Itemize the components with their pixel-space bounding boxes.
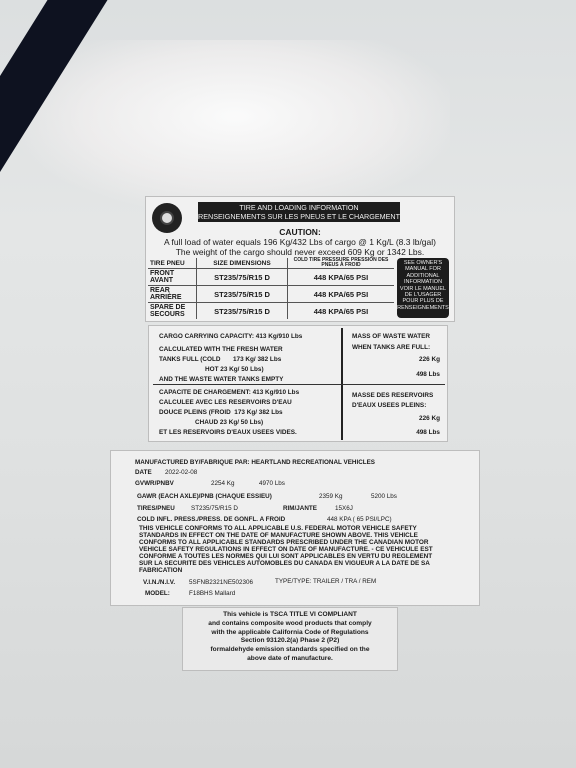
divider xyxy=(153,384,445,385)
rim-label: RIM/JANTE xyxy=(283,505,317,512)
tire-table-header: TIRE PNEU SIZE DIMENSIONS COLD TIRE PRES… xyxy=(148,258,394,269)
gawr-label: GAWR (EACH AXLE)/PNB (CHAQUE ESSIEU) xyxy=(137,493,272,500)
tires-value: ST235/75/R15 D xyxy=(191,505,238,512)
date-label: DATE xyxy=(135,469,152,476)
cargo-line: CHAUD 23 Kg/ 50 Lbs) xyxy=(195,419,263,426)
table-row: REAR ARRIÈRE ST235/75/R15 D 448 KPA/65 P… xyxy=(148,286,394,303)
tsca-line: formaldehyde emission standards specifie… xyxy=(183,646,397,655)
vin-label: V.I.N./N.I.V. xyxy=(143,579,175,586)
cargo-capacity-en: CARGO CARRYING CAPACITY: 413 Kg/910 Lbs xyxy=(159,333,302,340)
waste-kg: 226 Kg xyxy=(352,356,440,363)
col-pressure: COLD TIRE PRESSURE PRESSION DES PNEUS À … xyxy=(288,258,395,269)
label: DOUCE PLEINS (FROID xyxy=(159,409,231,416)
tire-table: TIRE PNEU SIZE DIMENSIONS COLD TIRE PRES… xyxy=(148,258,394,319)
model-value: F18BHS Mallard xyxy=(189,590,235,597)
caution-line-1: A full load of water equals 196 Kg/432 L… xyxy=(146,237,454,247)
tire-pressure: 448 KPA/65 PSI xyxy=(288,303,395,320)
heading-fr: RENSEIGNEMENTS SUR LES PNEUS ET LE CHARG… xyxy=(198,212,400,221)
tire-loading-label: TIRE AND LOADING INFORMATION RENSEIGNEME… xyxy=(145,196,455,322)
cargo-capacity-label: CARGO CARRYING CAPACITY: 413 Kg/910 Lbs … xyxy=(148,325,448,442)
waste-lbs: 498 Lbs xyxy=(352,371,440,378)
waste-title: MASS OF WASTE WATER xyxy=(352,333,440,340)
caution-block: CAUTION: A full load of water equals 196… xyxy=(146,227,454,257)
waste-title: D'EAUX USEES PLEINS: xyxy=(352,402,440,409)
surface-glare xyxy=(20,40,450,210)
tire-position: SPARE DE SECOURS xyxy=(148,303,197,320)
tire-pressure: 448 KPA/65 PSI xyxy=(288,269,395,286)
table-row: SPARE DE SECOURS ST235/75/R15 D 448 KPA/… xyxy=(148,303,394,320)
gawr-kg: 2359 Kg xyxy=(319,493,342,500)
col-tire: TIRE PNEU xyxy=(148,258,197,269)
waste-title: MASSE DES RESERVOIRS xyxy=(352,392,440,399)
gvwr-label: GVWR/PNBV xyxy=(135,480,174,487)
waste-lbs: 498 Lbs xyxy=(352,429,440,436)
caution-title: CAUTION: xyxy=(146,227,454,237)
tsca-line: above date of manufacture. xyxy=(183,655,397,664)
tsca-compliance-label: This vehicle is TSCA TITLE VI COMPLIANT … xyxy=(182,607,398,671)
cargo-line: CALCULATED WITH THE FRESH WATER xyxy=(159,346,283,353)
conformity-statement: THIS VEHICLE CONFORMS TO ALL APPLICABLE … xyxy=(139,525,439,574)
tire-label-heading: TIRE AND LOADING INFORMATION RENSEIGNEME… xyxy=(198,202,400,222)
rim-value: 15X6J xyxy=(335,505,353,512)
table-row: FRONT AVANT ST235/75/R15 D 448 KPA/65 PS… xyxy=(148,269,394,286)
waste-title: WHEN TANKS ARE FULL: xyxy=(352,344,440,351)
gawr-lbs: 5200 Lbs xyxy=(371,493,397,500)
gvwr-lbs: 4970 Lbs xyxy=(259,480,285,487)
tire-size: ST235/75/R15 D xyxy=(197,269,288,286)
cargo-line: ET LES RESERVOIRS D'EAUX USEES VIDES. xyxy=(159,429,297,436)
date-value: 2022-02-08 xyxy=(165,469,197,476)
owner-manual-note: SEE OWNER'S MANUAL FOR ADDITIONAL INFORM… xyxy=(397,258,449,318)
tsca-line: This vehicle is TSCA TITLE VI COMPLIANT xyxy=(183,611,397,620)
label: TANKS FULL (COLD xyxy=(159,356,221,363)
value: 173 Kg/ 382 Lbs xyxy=(233,356,281,363)
cold-pressure-value: 448 KPA ( 65 PSI/LPC) xyxy=(327,516,392,523)
gvwr-kg: 2254 Kg xyxy=(211,480,234,487)
col-size: SIZE DIMENSIONS xyxy=(197,258,288,269)
type-label: TYPE/TYPE: xyxy=(275,578,311,585)
tire-position: REAR ARRIÈRE xyxy=(148,286,197,303)
tire-position: FRONT AVANT xyxy=(148,269,197,286)
heading-en: TIRE AND LOADING INFORMATION xyxy=(198,203,400,212)
tsca-line: Section 93120.2(a) Phase 2 (P2) xyxy=(183,637,397,646)
value: 173 Kg/ 382 Lbs xyxy=(234,409,282,416)
tsca-line: with the applicable California Code of R… xyxy=(183,629,397,638)
tires-label: TIRES/PNEU xyxy=(137,505,175,512)
tire-size: ST235/75/R15 D xyxy=(197,303,288,320)
tsca-line: and contains composite wood products tha… xyxy=(183,620,397,629)
manufacturer-certification-label: MANUFACTURED BY/FABRIQUE PAR: HEARTLAND … xyxy=(110,450,480,606)
type-value: TRAILER / TRA / REM xyxy=(313,578,376,585)
tire-pressure: 448 KPA/65 PSI xyxy=(288,286,395,303)
cargo-line: TANKS FULL (COLD 173 Kg/ 382 Lbs xyxy=(159,356,281,363)
cargo-line: DOUCE PLEINS (FROID 173 Kg/ 382 Lbs xyxy=(159,409,283,416)
cold-pressure-label: COLD INFL. PRESS./PRESS. DE GONFL. A FRO… xyxy=(137,516,285,523)
manufacturer: MANUFACTURED BY/FABRIQUE PAR: HEARTLAND … xyxy=(135,459,375,466)
tire-size: ST235/75/R15 D xyxy=(197,286,288,303)
cargo-line: CALCULEE AVEC LES RESERVOIRS D'EAU xyxy=(159,399,292,406)
cargo-line: HOT 23 Kg/ 50 Lbs) xyxy=(205,366,264,373)
vin-value: 5SFNB2321NE502306 xyxy=(189,579,253,586)
cargo-capacity-fr: CAPACITE DE CHARGEMENT: 413 Kg/910 Lbs xyxy=(159,389,299,396)
cargo-line: AND THE WASTE WATER TANKS EMPTY xyxy=(159,376,283,383)
waste-kg: 226 Kg xyxy=(352,415,440,422)
model-label: MODEL: xyxy=(145,590,170,597)
caution-line-2: The weight of the cargo should never exc… xyxy=(146,247,454,257)
